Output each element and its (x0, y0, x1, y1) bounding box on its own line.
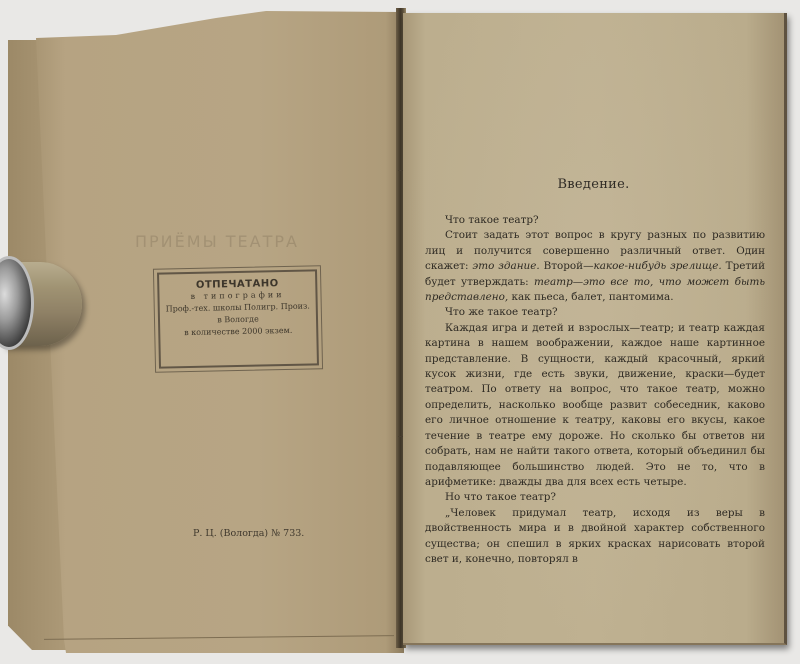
paragraph: Что же такое театр? (425, 305, 765, 320)
paragraph: Стоит задать этот вопрос в кругу разных … (425, 228, 765, 305)
chapter-title: Введение. (403, 177, 784, 192)
metal-cylinder-weight (0, 254, 90, 350)
imprint-line: в количестве 2000 экзем. (160, 324, 316, 339)
paragraph: Но что такое театр? (425, 490, 765, 505)
page-body: Что такое театр? Стоит задать этот вопро… (425, 213, 765, 567)
imprint-stamp: ОТПЕЧАТАНО в типографии Проф.-тех. школы… (157, 269, 319, 368)
text-run: как пьеса, балет, пантомима. (508, 291, 673, 303)
paragraph: Каждая игра и детей и взрослых—театр; и … (425, 321, 765, 490)
book-photo-scene: ПРИЁМЫ ТЕАТРА ОТПЕЧАТАНО в типографии Пр… (0, 0, 800, 664)
italic-run: это здание. (472, 260, 539, 272)
show-through-title: ПРИЁМЫ ТЕАТРА (135, 232, 299, 251)
paragraph: Что такое театр? (425, 213, 765, 228)
italic-run: какое-нибудь зрелище. (594, 260, 722, 272)
print-order-number: Р. Ц. (Вологда) № 733. (193, 528, 304, 539)
right-page: Введение. Что такое театр? Стоит задать … (403, 13, 787, 645)
paragraph: „Человек придумал театр, исходя из веры … (425, 506, 765, 568)
text-run: Второй— (540, 260, 594, 272)
